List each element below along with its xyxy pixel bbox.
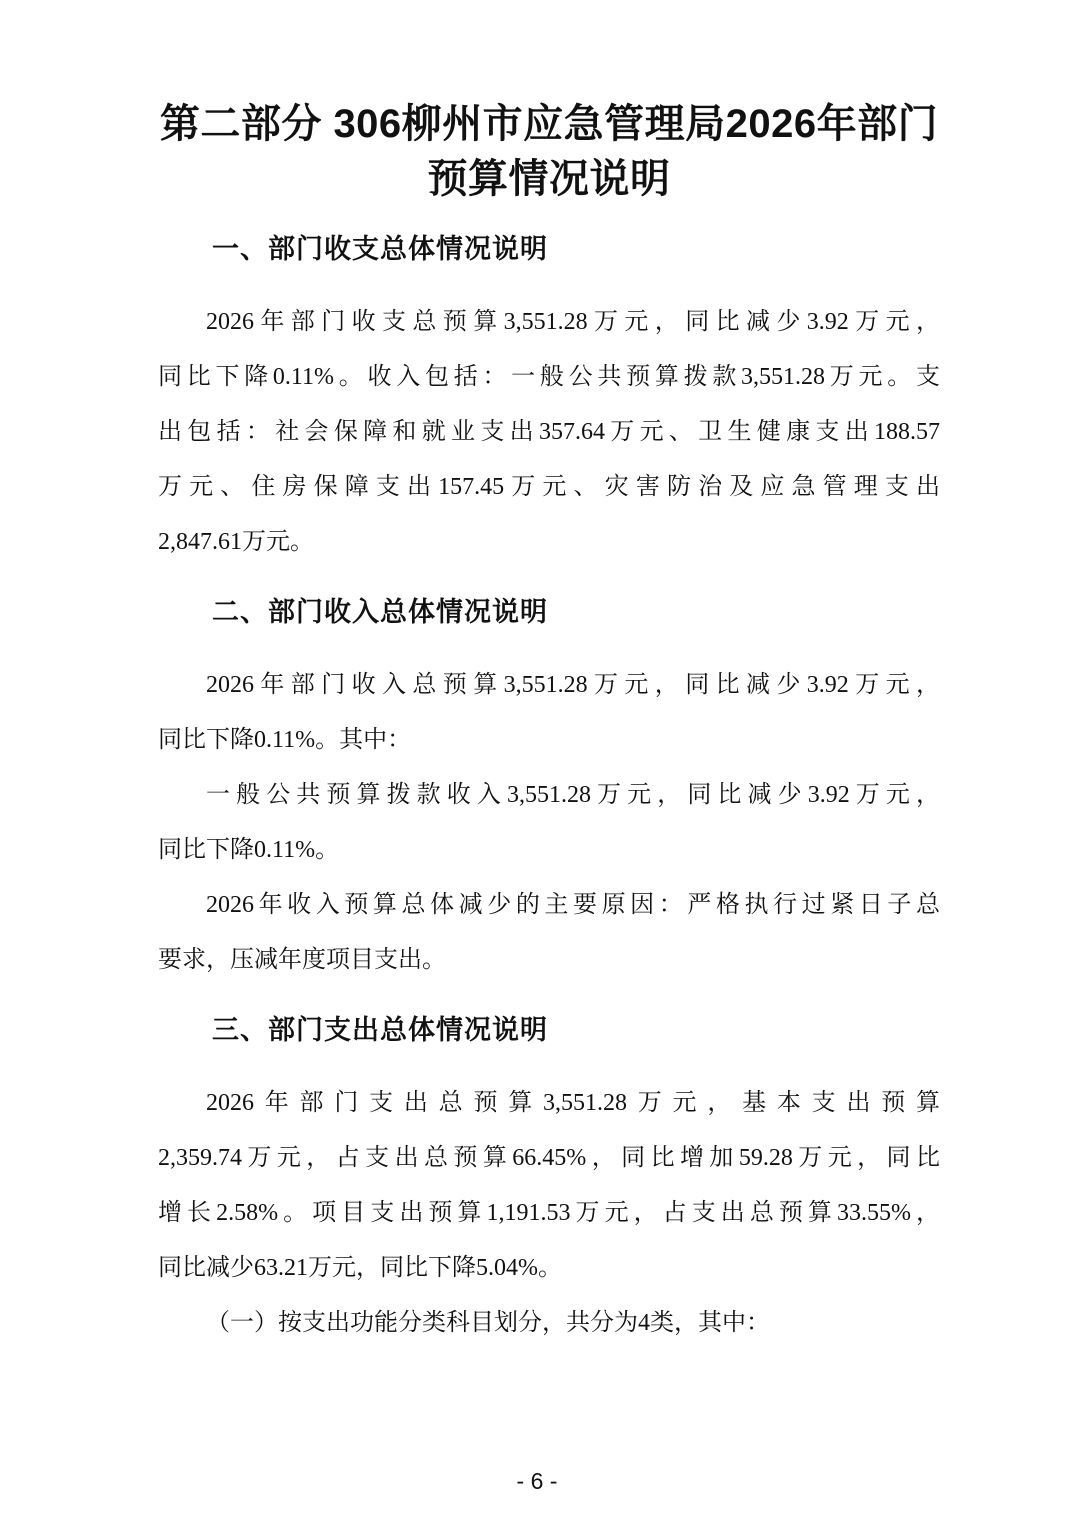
paragraph-function-classification: （一）按支出功能分类科目划分，共分为4类，其中： xyxy=(158,1296,940,1351)
paragraph-income-decrease-reason: 2026年收入预算总体减少的主要原因：严格执行过紧日子总 要求，压减年度项目支出… xyxy=(158,878,940,988)
document-title-line-2: 预算情况说明 xyxy=(158,152,940,207)
document-page: 第二部分 306柳州市应急管理局2026年部门 预算情况说明 一、部门收支总体情… xyxy=(0,0,1074,1520)
document-title: 第二部分 306柳州市应急管理局2026年部门 预算情况说明 xyxy=(158,0,940,207)
text-line: 2026年部门收支总预算3,551.28万元，同比减少3.92万元， xyxy=(158,295,940,350)
text-line: 同比下降0.11%。收入包括：一般公共预算拨款3,551.28万元。支 xyxy=(158,350,940,405)
text-line: 万元、住房保障支出157.45万元、灾害防治及应急管理支出 xyxy=(158,460,940,515)
page-number: - 6 - xyxy=(0,1466,1074,1496)
text-line: 同比下降0.11%。其中： xyxy=(158,713,940,768)
paragraph-public-budget-income: 一般公共预算拨款收入3,551.28万元，同比减少3.92万元， 同比下降0.1… xyxy=(158,768,940,878)
paragraph-total-budget: 2026年部门收支总预算3,551.28万元，同比减少3.92万元， 同比下降0… xyxy=(158,295,940,570)
text-line: 一般公共预算拨款收入3,551.28万元，同比减少3.92万元， xyxy=(158,768,940,823)
section-heading-expense-overview: 三、部门支出总体情况说明 xyxy=(158,1012,940,1048)
section-heading-income-overview: 二、部门收入总体情况说明 xyxy=(158,594,940,630)
text-line: 2026年部门收入总预算3,551.28万元，同比减少3.92万元， xyxy=(158,658,940,713)
document-title-line-1: 第二部分 306柳州市应急管理局2026年部门 xyxy=(158,97,940,152)
paragraph-expense-total: 2026年部门支出总预算3,551.28万元，基本支出预算 2,359.74万元… xyxy=(158,1076,940,1296)
text-line: 要求，压减年度项目支出。 xyxy=(158,933,940,988)
text-line: 增长2.58%。项目支出预算1,191.53万元，占支出总预算33.55%， xyxy=(158,1186,940,1241)
text-line: 同比减少63.21万元，同比下降5.04%。 xyxy=(158,1241,940,1296)
text-line: 2026年收入预算总体减少的主要原因：严格执行过紧日子总 xyxy=(158,878,940,933)
text-line: 出包括：社会保障和就业支出357.64万元、卫生健康支出188.57 xyxy=(158,405,940,460)
section-heading-income-expense-overview: 一、部门收支总体情况说明 xyxy=(158,231,940,267)
text-line: （一）按支出功能分类科目划分，共分为4类，其中： xyxy=(158,1296,940,1351)
text-line: 同比下降0.11%。 xyxy=(158,823,940,878)
text-line: 2026年部门支出总预算3,551.28万元，基本支出预算 xyxy=(158,1076,940,1131)
text-line: 2,847.61万元。 xyxy=(158,515,940,570)
text-line: 2,359.74万元，占支出总预算66.45%，同比增加59.28万元，同比 xyxy=(158,1131,940,1186)
paragraph-income-total: 2026年部门收入总预算3,551.28万元，同比减少3.92万元， 同比下降0… xyxy=(158,658,940,768)
